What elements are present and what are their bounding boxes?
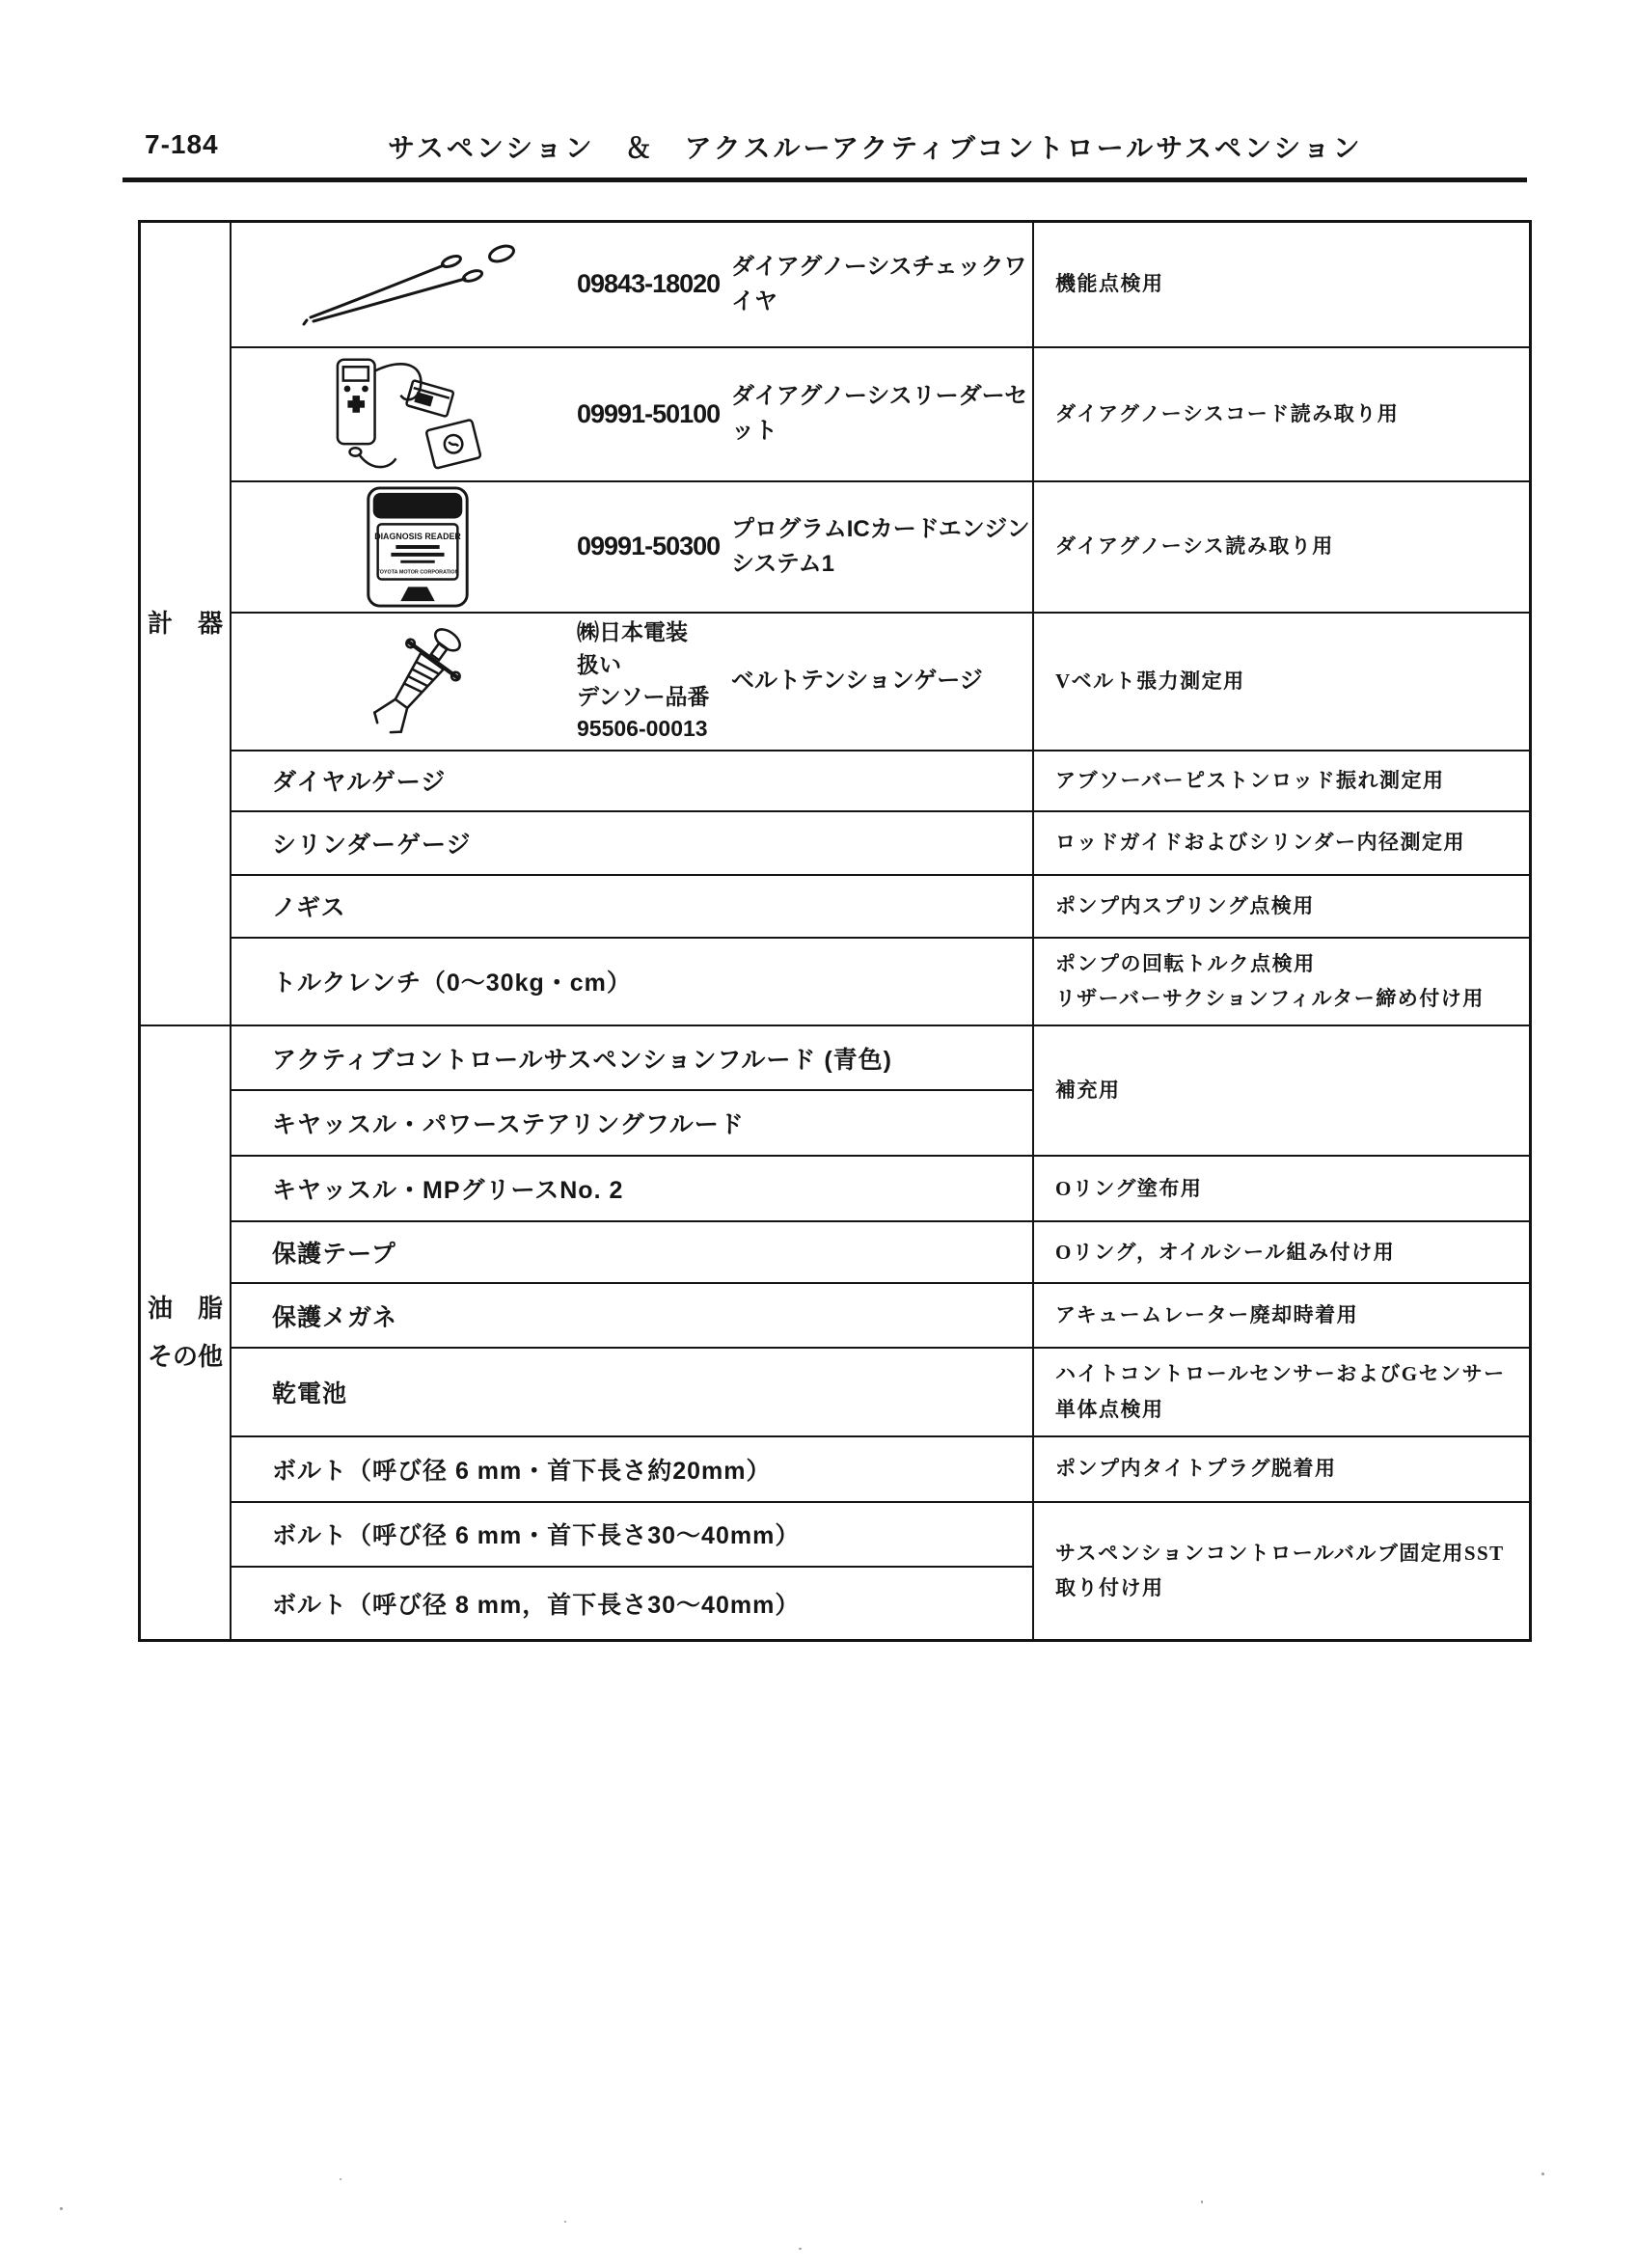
- table-row: ノギス ポンプ内スプリング点検用: [140, 875, 1531, 938]
- use-text: ダイアグノーシスコード読み取り用: [1034, 389, 1529, 440]
- tool-cell: ボルト（呼び径 6 mm・首下長さ30～40mm）: [231, 1502, 1033, 1567]
- tool-cell: ボルト（呼び径 8 mm，首下長さ30～40mm）: [231, 1567, 1033, 1641]
- use-cell: Vベルト張力測定用: [1033, 613, 1531, 751]
- tool-name: ベルトテンションゲージ: [731, 664, 1032, 698]
- supplier-line: 95506-00013: [577, 713, 731, 745]
- section-label-oils: 油 脂 その他: [140, 1025, 232, 1641]
- scan-speck: [1541, 2172, 1544, 2175]
- use-cell: アブソーバーピストンロッド振れ測定用: [1033, 751, 1531, 811]
- use-line: ポンプの回転トルク点検用: [1055, 946, 1515, 982]
- table-row: 09991-50100 ダイアグノーシスリーダーセット ダイアグノーシスコード読…: [140, 347, 1531, 481]
- use-cell: Oリング，オイルシール組み付け用: [1033, 1221, 1531, 1283]
- belt-tension-gauge-image: [259, 615, 577, 747]
- tool-cell: 09843-18020 ダイアグノーシスチェックワイヤ: [231, 222, 1033, 347]
- tool-cell: シリンダーゲージ: [231, 811, 1033, 875]
- table-row: 保護テープ Oリング，オイルシール組み付け用: [140, 1221, 1531, 1283]
- tool-name: シリンダーゲージ: [232, 826, 1032, 861]
- table-row: ボルト（呼び径 6 mm・首下長さ約20mm） ポンプ内タイトプラグ脱着用: [140, 1436, 1531, 1502]
- use-text: ポンプ内スプリング点検用: [1034, 881, 1529, 932]
- diagnosis-check-wire-image: [259, 240, 577, 329]
- part-number: 09843-18020: [577, 269, 731, 299]
- tool-cell: 乾電池: [231, 1348, 1033, 1436]
- table-row: ㈱日本電装 扱い デンソー品番 95506-00013 ベルトテンションゲージ …: [140, 613, 1531, 751]
- table-row: キヤッスル・MPグリースNo. 2 Oリング塗布用: [140, 1156, 1531, 1221]
- tool-cell: ノギス: [231, 875, 1033, 938]
- tool-name: ボルト（呼び径 6 mm・首下長さ約20mm）: [232, 1452, 1032, 1487]
- tool-cell: DIAGNOSIS READER TOYOTA MOTOR CORPORATIO…: [231, 481, 1033, 613]
- section-label-line: 油 脂: [141, 1285, 230, 1332]
- use-text: Oリング塗布用: [1034, 1163, 1529, 1215]
- tool-name: アクティブコントロールサスペンションフルード (青色): [232, 1041, 1032, 1076]
- tool-name: キヤッスル・MPグリースNo. 2: [232, 1171, 1032, 1206]
- scan-speck: [60, 2207, 63, 2210]
- part-number: 09991-50100: [577, 399, 731, 429]
- use-cell: ダイアグノーシスコード読み取り用: [1033, 347, 1531, 481]
- tool-cell: キヤッスル・MPグリースNo. 2: [231, 1156, 1033, 1221]
- use-cell: ポンプ内スプリング点検用: [1033, 875, 1531, 938]
- section-label-instruments: 計 器: [140, 222, 232, 1026]
- use-text: ロッドガイドおよびシリンダー内径測定用: [1034, 817, 1529, 868]
- card-footer-text: TOYOTA MOTOR CORPORATION: [377, 569, 459, 575]
- tool-cell: ボルト（呼び径 6 mm・首下長さ約20mm）: [231, 1436, 1033, 1502]
- tool-name: ボルト（呼び径 6 mm・首下長さ30～40mm）: [232, 1517, 1032, 1551]
- table-row: トルクレンチ（0～30kg・cm） ポンプの回転トルク点検用 リザーバーサクショ…: [140, 938, 1531, 1026]
- tool-cell: トルクレンチ（0～30kg・cm）: [231, 938, 1033, 1026]
- manual-page: 7-184 サスペンション ＆ アクスルーアクティブコントロールサスペンション …: [0, 0, 1636, 2268]
- supplier-line: 扱い: [577, 649, 731, 681]
- sst-tools-table: 計 器: [138, 220, 1532, 1642]
- scan-speck: [799, 2248, 802, 2250]
- program-ic-card-image: DIAGNOSIS READER TOYOTA MOTOR CORPORATIO…: [259, 485, 577, 609]
- tool-name: ダイアグノーシスリーダーセット: [731, 379, 1032, 449]
- table-row: 計 器: [140, 222, 1531, 347]
- section-label-line: その他: [141, 1333, 230, 1380]
- use-text: アブソーバーピストンロッド振れ測定用: [1034, 755, 1529, 806]
- use-text: 補充用: [1034, 1065, 1529, 1116]
- table-row: DIAGNOSIS READER TOYOTA MOTOR CORPORATIO…: [140, 481, 1531, 613]
- use-text: Oリング，オイルシール組み付け用: [1034, 1227, 1529, 1278]
- page-title: サスペンション ＆ アクスルーアクティブコントロールサスペンション: [388, 127, 1363, 166]
- use-text: ダイアグノーシス読み取り用: [1034, 521, 1529, 572]
- use-text: ポンプの回転トルク点検用 リザーバーサクションフィルター締め付け用: [1034, 939, 1529, 1025]
- scan-speck: [564, 2221, 566, 2223]
- tool-name: 乾電池: [232, 1375, 1032, 1409]
- header-rule: [123, 178, 1527, 182]
- use-cell: Oリング塗布用: [1033, 1156, 1531, 1221]
- use-cell: アキュームレーター廃却時着用: [1033, 1283, 1531, 1348]
- tool-name: ダイヤルゲージ: [232, 763, 1032, 798]
- use-cell: ポンプ内タイトプラグ脱着用: [1033, 1436, 1531, 1502]
- use-text: アキュームレーター廃却時着用: [1034, 1290, 1529, 1341]
- table-row: ダイヤルゲージ アブソーバーピストンロッド振れ測定用: [140, 751, 1531, 811]
- tool-name: 保護メガネ: [232, 1298, 1032, 1333]
- tool-cell: 保護メガネ: [231, 1283, 1033, 1348]
- tool-name: 保護テープ: [232, 1235, 1032, 1270]
- tool-name: ボルト（呼び径 8 mm，首下長さ30～40mm）: [232, 1586, 1032, 1621]
- tool-cell: 09991-50100 ダイアグノーシスリーダーセット: [231, 347, 1033, 481]
- use-text: ハイトコントロールセンサーおよびGセンサー単体点検用: [1034, 1349, 1529, 1435]
- tool-name: ノギス: [232, 888, 1032, 923]
- tool-cell: キヤッスル・パワーステアリングフルード: [231, 1090, 1033, 1156]
- use-cell: 機能点検用: [1033, 222, 1531, 347]
- use-cell: ハイトコントロールセンサーおよびGセンサー単体点検用: [1033, 1348, 1531, 1436]
- tool-cell: ㈱日本電装 扱い デンソー品番 95506-00013 ベルトテンションゲージ: [231, 613, 1033, 751]
- diagnosis-reader-set-image: [259, 353, 577, 475]
- table-row: 油 脂 その他 アクティブコントロールサスペンションフルード (青色) 補充用: [140, 1025, 1531, 1090]
- supplier-line: デンソー品番: [577, 681, 731, 713]
- card-title-text: DIAGNOSIS READER: [374, 532, 461, 541]
- page-number: 7-184: [145, 129, 219, 160]
- tool-cell: 保護テープ: [231, 1221, 1033, 1283]
- table-row: ボルト（呼び径 6 mm・首下長さ30～40mm） サスペンションコントロールバ…: [140, 1502, 1531, 1567]
- tool-cell: ダイヤルゲージ: [231, 751, 1033, 811]
- tool-name: キヤッスル・パワーステアリングフルード: [232, 1106, 1032, 1140]
- table-row: 保護メガネ アキュームレーター廃却時着用: [140, 1283, 1531, 1348]
- use-cell: ダイアグノーシス読み取り用: [1033, 481, 1531, 613]
- tool-name: プログラムICカードエンジンシステム1: [731, 512, 1032, 582]
- use-text: 機能点検用: [1034, 259, 1529, 310]
- scan-speck: [1201, 2200, 1203, 2203]
- section-label-text: 計 器: [148, 609, 223, 638]
- table-row: 乾電池 ハイトコントロールセンサーおよびGセンサー単体点検用: [140, 1348, 1531, 1436]
- part-number: 09991-50300: [577, 532, 731, 561]
- use-cell: ポンプの回転トルク点検用 リザーバーサクションフィルター締め付け用: [1033, 938, 1531, 1026]
- tool-name: ダイアグノーシスチェックワイヤ: [731, 250, 1032, 319]
- use-cell: 補充用: [1033, 1025, 1531, 1156]
- table-row: シリンダーゲージ ロッドガイドおよびシリンダー内径測定用: [140, 811, 1531, 875]
- use-line: リザーバーサクションフィルター締め付け用: [1055, 981, 1515, 1017]
- tool-name: トルクレンチ（0～30kg・cm）: [232, 964, 1032, 998]
- tool-cell: アクティブコントロールサスペンションフルード (青色): [231, 1025, 1033, 1090]
- supplier-block: ㈱日本電装 扱い デンソー品番 95506-00013: [577, 616, 731, 745]
- use-cell: サスペンションコントロールバルブ固定用SST取り付け用: [1033, 1502, 1531, 1641]
- use-text: サスペンションコントロールバルブ固定用SST取り付け用: [1034, 1528, 1529, 1615]
- use-cell: ロッドガイドおよびシリンダー内径測定用: [1033, 811, 1531, 875]
- use-text: Vベルト張力測定用: [1034, 656, 1529, 707]
- supplier-line: ㈱日本電装: [577, 616, 731, 648]
- use-text: ポンプ内タイトプラグ脱着用: [1034, 1443, 1529, 1494]
- scan-speck: [340, 2178, 341, 2180]
